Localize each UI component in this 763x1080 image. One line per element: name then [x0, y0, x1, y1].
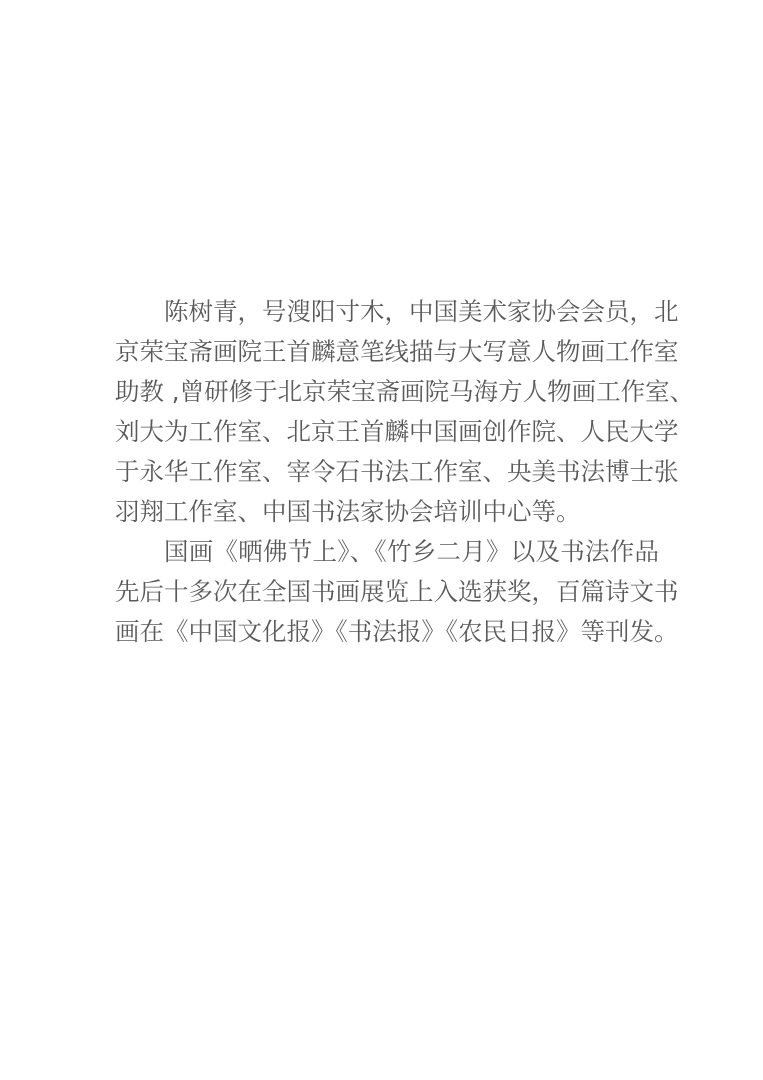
text-line: 刘大为工作室、北京王首麟中国画创作院、人民大学 — [115, 412, 659, 452]
text-line: 画在《中国文化报》《书法报》《农民日报》等刊发。 — [115, 612, 659, 652]
text-line: 京荣宝斋画院王首麟意笔线描与大写意人物画工作室 — [115, 332, 659, 372]
text-line: 羽翔工作室、中国书法家协会培训中心等。 — [115, 492, 659, 532]
text-line: 助教 ,曾研修于北京荣宝斋画院马海方人物画工作室、 — [115, 372, 659, 412]
paragraph-biography: 陈树青，号溲阳寸木，中国美术家协会会员，北 京荣宝斋画院王首麟意笔线描与大写意人… — [115, 292, 659, 532]
document-page: 陈树青，号溲阳寸木，中国美术家协会会员，北 京荣宝斋画院王首麟意笔线描与大写意人… — [0, 0, 763, 1080]
text-line: 陈树青，号溲阳寸木，中国美术家协会会员，北 — [115, 292, 659, 332]
biography-text: 陈树青，号溲阳寸木，中国美术家协会会员，北 京荣宝斋画院王首麟意笔线描与大写意人… — [115, 292, 659, 652]
text-line: 先后十多次在全国书画展览上入选获奖，百篇诗文书 — [115, 572, 659, 612]
paragraph-achievements: 国画《晒佛节上》、《竹乡二月》以及书法作品 先后十多次在全国书画展览上入选获奖，… — [115, 532, 659, 652]
text-line: 于永华工作室、宰令石书法工作室、央美书法博士张 — [115, 452, 659, 492]
text-line: 国画《晒佛节上》、《竹乡二月》以及书法作品 — [115, 532, 659, 572]
